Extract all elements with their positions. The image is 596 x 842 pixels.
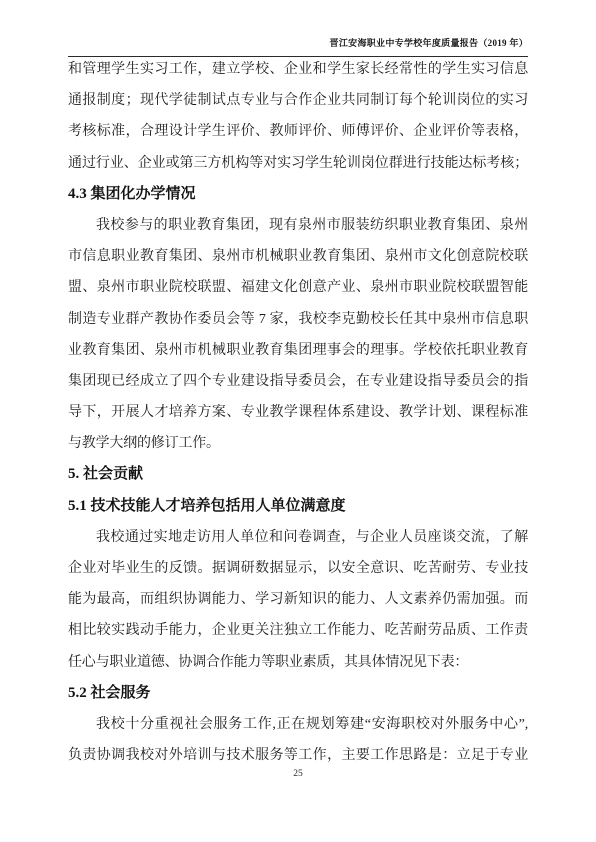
- document-page: 晋江安海职业中专学校年度质量报告（2019 年） 和管理学生实习工作，建立学校、…: [0, 0, 596, 842]
- document-body: 和管理学生实习工作，建立学校、企业和学生家长经常性的学生实习信息通报制度；现代学…: [68, 54, 528, 771]
- paragraph-line: 企业对毕业生的反馈。据调研数据显示，以安全意识、吃苦耐劳、专业技: [68, 553, 528, 584]
- page-number: 25: [0, 769, 596, 779]
- paragraph-line: 我校通过实地走访用人单位和问卷调查，与企业人员座谈交流，了解: [68, 522, 528, 553]
- section-heading: 5.1 技术技能人才培养包括用人单位满意度: [68, 491, 528, 522]
- paragraph-line: 相比较实践动手能力，企业更关注独立工作能力、吃苦耐劳品质、工作责: [68, 615, 528, 646]
- section-heading: 5. 社会贡献: [68, 459, 528, 490]
- paragraph-line: 我校十分重视社会服务工作,正在规划筹建“安海职校对外服务中心”,: [68, 709, 528, 740]
- paragraph-line: 我校参与的职业教育集团，现有泉州市服装纺织职业教育集团、泉州: [68, 210, 528, 241]
- paragraph-line: 负责协调我校对外培训与技术服务等工作，主要工作思路是：立足于专业: [68, 740, 528, 771]
- paragraph-line: 考核标准，合理设计学生评价、教师评价、师傅评价、企业评价等表格，: [68, 116, 528, 147]
- paragraph-line: 与教学大纲的修订工作。: [68, 428, 528, 459]
- section-heading: 5.2 社会服务: [68, 678, 528, 709]
- paragraph-line: 市信息职业教育集团、泉州市机械职业教育集团、泉州市文化创意院校联: [68, 241, 528, 272]
- paragraph-line: 通报制度；现代学徒制试点专业与合作企业共同制订每个轮训岗位的实习: [68, 85, 528, 116]
- paragraph-line: 和管理学生实习工作，建立学校、企业和学生家长经常性的学生实习信息: [68, 54, 528, 85]
- paragraph-line: 能为最高，而组织协调能力、学习新知识的能力、人文素养仍需加强。而: [68, 584, 528, 615]
- section-heading: 4.3 集团化办学情况: [68, 179, 528, 210]
- paragraph-line: 盟、泉州市职业院校联盟、福建文化创意产业、泉州市职业院校联盟智能: [68, 272, 528, 303]
- paragraph-line: 制造专业群产教协作委员会等 7 家，我校李克勤校长任其中泉州市信息职: [68, 304, 528, 335]
- report-header-title: 晋江安海职业中专学校年度质量报告（2019 年）: [68, 36, 528, 49]
- paragraph-line: 任心与职业道德、协调合作能力等职业素质，其具体情况见下表：: [68, 647, 528, 678]
- paragraph-line: 业教育集团、泉州市机械职业教育集团理事会的理事。学校依托职业教育: [68, 335, 528, 366]
- paragraph-line: 导下，开展人才培养方案、专业教学课程体系建设、教学计划、课程标准: [68, 397, 528, 428]
- paragraph-line: 通过行业、企业或第三方机构等对实习学生轮训岗位群进行技能达标考核；: [68, 148, 528, 179]
- paragraph-line: 集团现已经成立了四个专业建设指导委员会，在专业建设指导委员会的指: [68, 366, 528, 397]
